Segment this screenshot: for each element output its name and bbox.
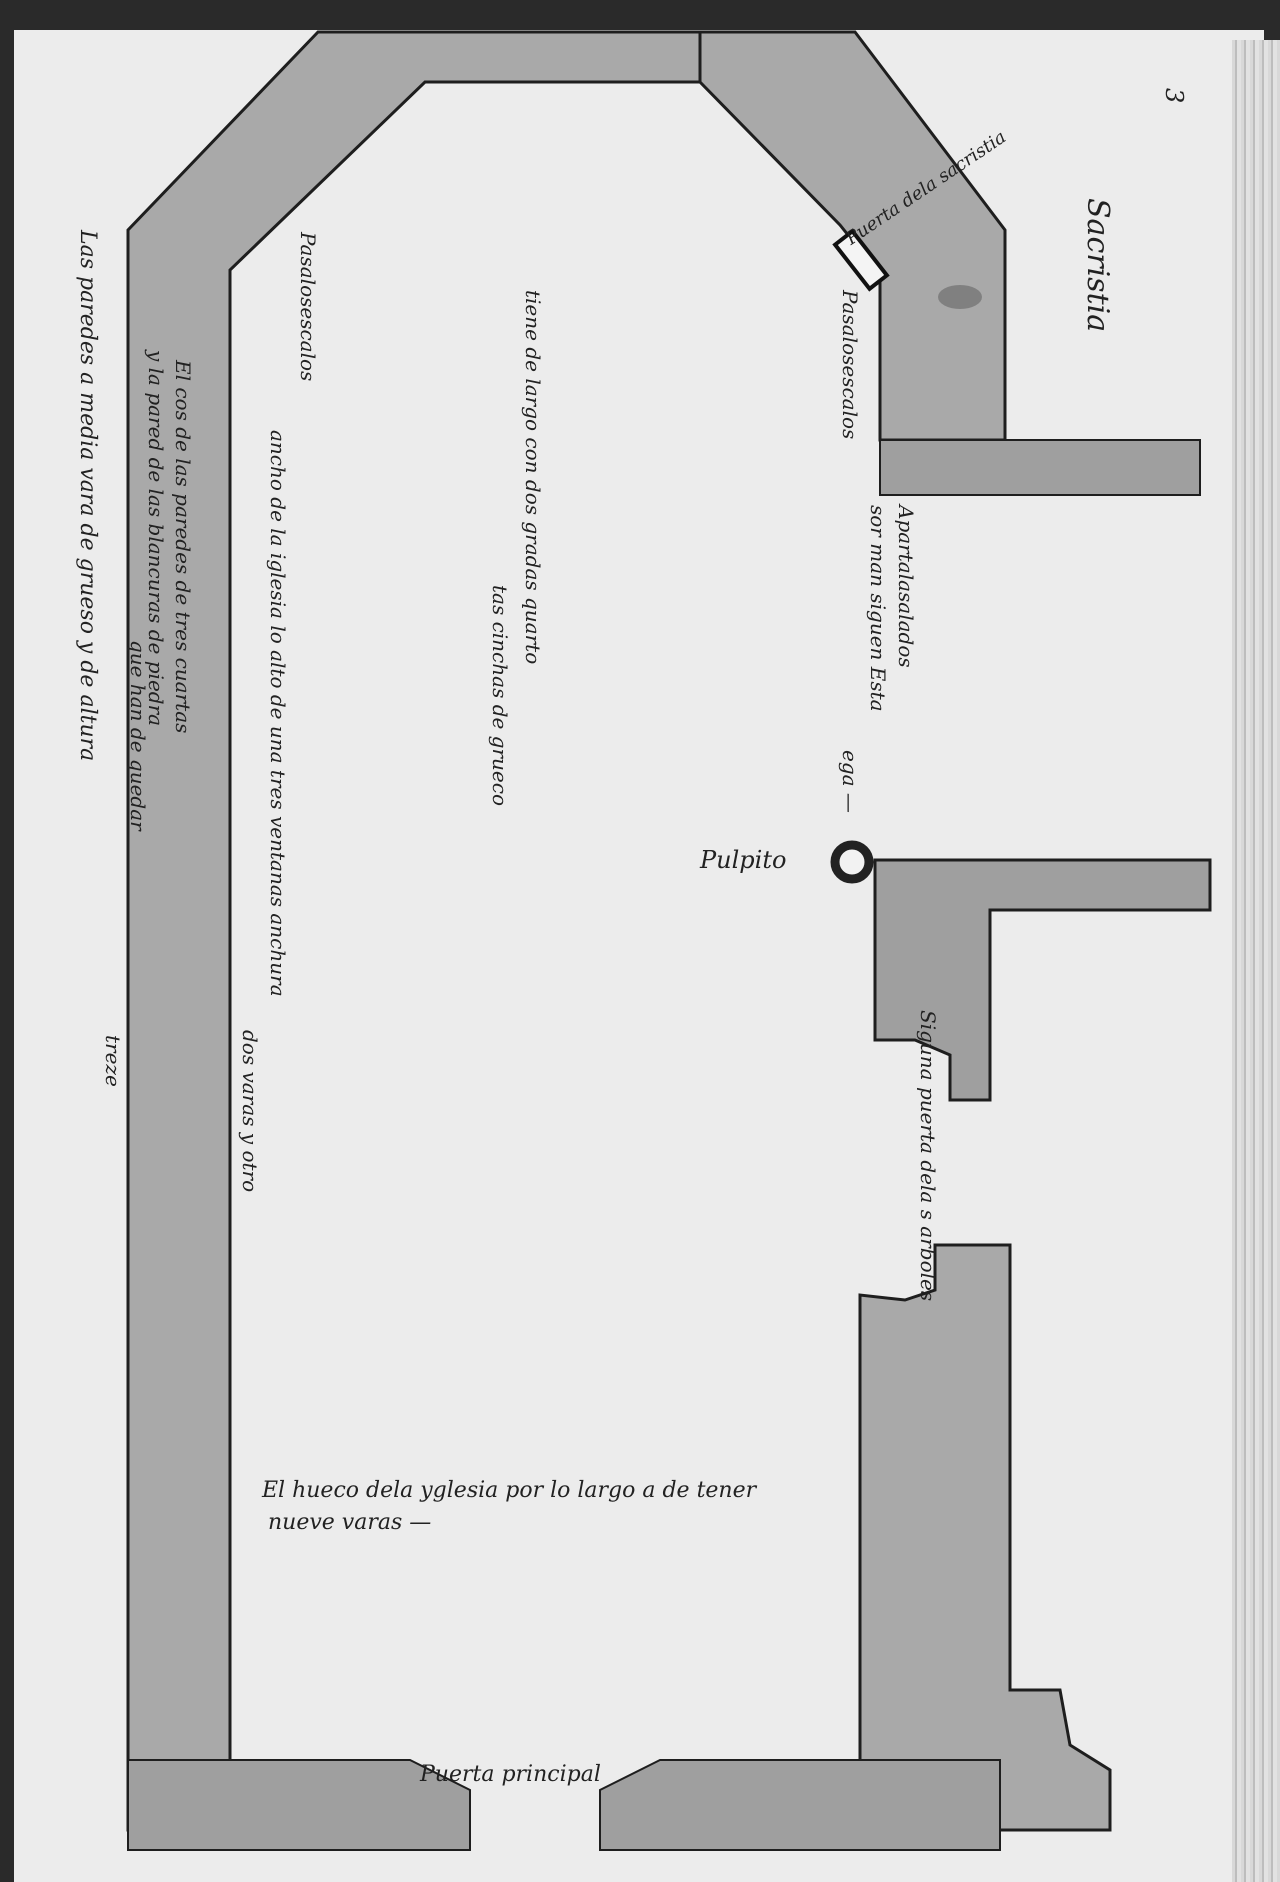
label-pulpito: Pulpito [700,846,786,874]
outer-note-line1: Las paredes a media vara de grueso y de … [75,230,100,761]
pulpit-mark [835,845,869,879]
lower-right-wall [860,1245,1110,1830]
bottom-note-line2: nueve varas — [268,1510,431,1535]
center-note-line1: ancho de la iglesia lo alto de una tres … [266,430,290,997]
label-side-door: Siguna puerta dela s arboles [916,1010,940,1301]
bottom-wall [128,1760,470,1850]
manuscript-page: 3 Sacristia Puerta dela sacristia Pasalo… [0,0,1280,1882]
sacristy-wall [880,440,1200,495]
label-steps-right: Pasalosescalos [838,290,862,439]
nave-note-line2: tas cinchas de grueco [488,585,512,806]
nave-note-line1: tiene de largo con dos gradas quarto [521,290,545,664]
page-number: 3 [1160,88,1188,103]
right-note-line2: sor man siguen Esta [866,505,890,712]
label-main-door: Puerta principal [420,1762,601,1787]
outer-wall-left [128,32,700,1830]
center-note-line2: dos varas y otro [238,1030,262,1192]
outer-note-line2: treze [101,1035,125,1087]
wall-note-line1: El cos de las paredes de tres cuartas [171,360,195,733]
right-note-line3: ega — [838,750,862,813]
label-steps-left: Pasalosescalos [296,232,320,381]
bottom-wall-right [600,1760,1000,1850]
label-sacristia: Sacristia [1080,198,1115,332]
wall-note-line3: que han de quedar [126,640,150,831]
bottom-note-line1: El hueco dela yglesia por lo largo a de … [262,1478,756,1503]
right-note-line1: Apartalasalados [894,505,918,668]
